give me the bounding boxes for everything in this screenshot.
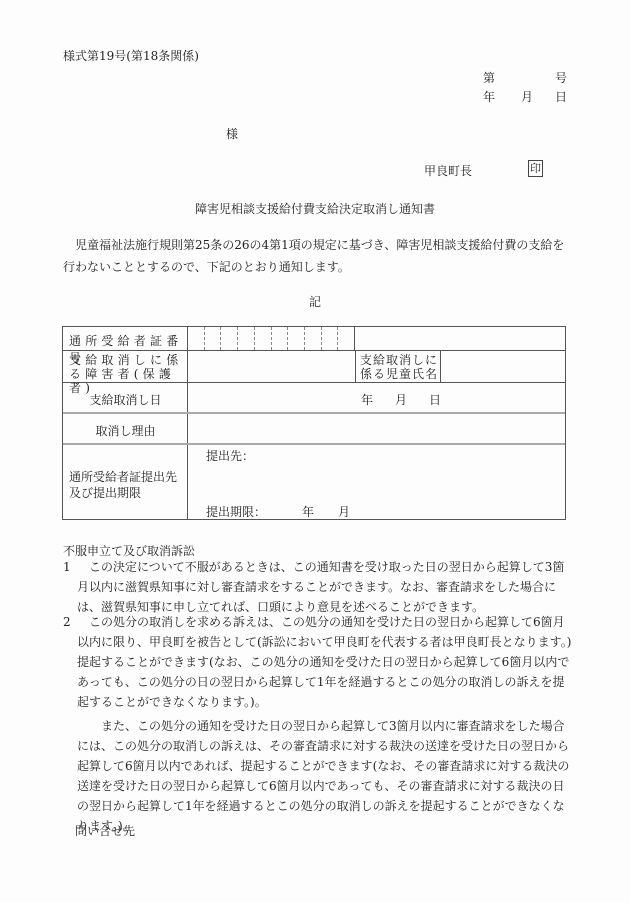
body-paragraph: 児童福祉法施行規則第25条の26の4第1項の規定に基づき、障害児相談支援給付費の… [63, 234, 567, 278]
document-number-suffix: 号 [555, 69, 567, 86]
digit-cell[interactable] [305, 327, 322, 350]
submission-deadline-field[interactable]: 提出期限：年月 [206, 503, 350, 520]
digit-cell[interactable] [255, 327, 272, 350]
notice-table: 通所受給者証番号 支給取消しに係る障害者(保護者) 支給取消しに係る [62, 326, 566, 520]
table-row-submission: 通所受給者証提出先及び提出期限 提出先： 提出期限：年月 [63, 445, 565, 519]
cancellation-date-label: 支給取消し日 [63, 391, 188, 408]
form-id: 様式第19号(第18条関係) [63, 47, 199, 64]
cancellation-date-field[interactable]: 年月日 [361, 391, 441, 408]
table-row-certificate-number: 通所受給者証番号 [63, 327, 565, 351]
submission-destination-label: 提出先： [206, 449, 254, 463]
submission-label: 通所受給者証提出先及び提出期限 [69, 469, 187, 501]
child-name-field[interactable] [441, 351, 565, 382]
appeal-item-continuation-text: また、この処分の通知を受けた日の翌日から起算して3箇月以内に審査請求をした場合に… [63, 716, 573, 836]
digit-cell[interactable] [238, 327, 255, 350]
cancellation-date-month: 月 [395, 393, 407, 407]
digit-cell[interactable] [272, 327, 289, 350]
ki-heading: 記 [0, 293, 630, 310]
appeal-item-number: 2 [63, 612, 71, 632]
digit-cell[interactable] [322, 327, 339, 350]
appeal-item-text: この処分の取消しを求める訴えは、この処分の通知を受けた日の翌日から起算して6箇月… [63, 612, 573, 712]
document-number-prefix: 第 [483, 69, 495, 86]
child-name-label: 支給取消しに係る児童氏名 [360, 353, 440, 381]
digit-cell[interactable] [221, 327, 238, 350]
cancellation-date-year: 年 [361, 393, 373, 407]
cancellation-reason-label: 取消し理由 [63, 422, 188, 439]
guardian-name-field[interactable] [188, 351, 355, 382]
submission-deadline-label: 提出期限： [206, 505, 266, 519]
submission-deadline-year: 年 [302, 505, 314, 519]
appeal-item-1: 1 この決定について不服があるときは、この通知書を受け取った日の翌日から起算して… [63, 557, 573, 617]
digit-cell[interactable] [188, 327, 205, 350]
recipient-honorific: 様 [226, 125, 238, 142]
appeal-item-2: 2 この処分の取消しを求める訴えは、この処分の通知を受けた日の翌日から起算して6… [63, 612, 573, 712]
appeal-item-text: この決定について不服があるときは、この通知書を受け取った日の翌日から起算して3箇… [63, 557, 573, 617]
table-row-cancellation-date: 支給取消し日 年月日 [63, 383, 565, 414]
issue-date-month: 月 [521, 88, 533, 105]
submission-destination-field[interactable]: 提出先： [206, 447, 254, 464]
digit-cell[interactable] [338, 327, 355, 350]
contact-label: 問い合せ先 [75, 822, 135, 839]
cancellation-reason-field[interactable] [188, 414, 565, 443]
table-row-cancellation-reason: 取消し理由 [63, 414, 565, 445]
certificate-number-digit-cells [188, 327, 355, 350]
table-row-guardian: 支給取消しに係る障害者(保護者) 支給取消しに係る児童氏名 [63, 351, 565, 383]
appeal-item-number: 1 [63, 557, 71, 577]
submission-deadline-month: 月 [338, 505, 350, 519]
appeal-item-2-continuation: また、この処分の通知を受けた日の翌日から起算して3箇月以内に審査請求をした場合に… [63, 716, 573, 836]
digit-cell[interactable] [288, 327, 305, 350]
issuer-name: 甲良町長 [424, 162, 472, 179]
digit-cell[interactable] [205, 327, 222, 350]
issue-date-year: 年 [483, 88, 495, 105]
cancellation-date-day: 日 [429, 393, 441, 407]
issue-date-day: 日 [555, 88, 567, 105]
document-title: 障害児相談支援給付費支給決定取消し通知書 [0, 200, 630, 217]
seal-stamp-icon: 印 [528, 160, 543, 177]
